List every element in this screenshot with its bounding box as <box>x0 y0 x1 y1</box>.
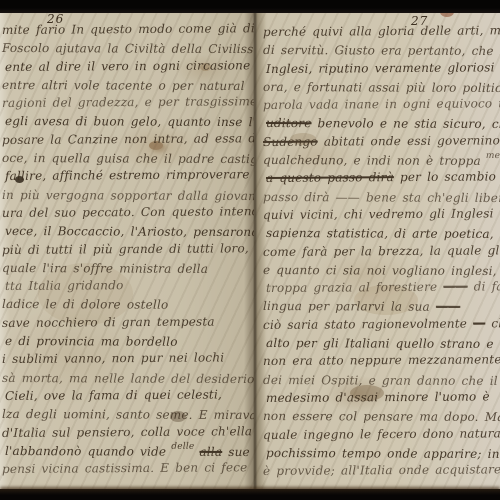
manuscript-line: troppa grazia al forestiere —— di far <box>266 278 500 298</box>
manuscript-scan: 26 mite fario In questo modo come già di… <box>0 0 500 500</box>
manuscript-line: ente al dire il vero in ogni circasione <box>5 56 254 76</box>
manuscript-page-left: 26 mite fario In questo modo come già di… <box>0 13 254 489</box>
manuscript-line: pensi vicina castissima. E ben ci fece <box>2 458 254 478</box>
manuscript-line: ura del suo peccato. Con questo intende <box>2 202 254 222</box>
manuscript-line: non era atto neppure mezzanamente <box>263 351 500 371</box>
manuscript-line: save nocchiero di gran tempesta <box>2 312 254 332</box>
page-right-text: perché quivi alla gloria delle arti, mdi… <box>254 13 500 480</box>
manuscript-line: Inglesi, riputino veramente gloriosi di … <box>266 58 500 78</box>
manuscript-line: d'Italia sul pensiero, colla voce ch'ell… <box>2 422 254 442</box>
manuscript-line: fallire, affinché estremo rimproverare <box>5 166 254 186</box>
manuscript-line: Cieli, ove la fama di quei celesti, <box>5 385 254 405</box>
scan-border-bottom <box>0 489 500 500</box>
page-number-left: 26 <box>47 13 64 26</box>
manuscript-line: quivi vicini, chi vedremo gli Inglesi pe… <box>263 204 500 224</box>
manuscript-line: tta Italia gridando <box>5 275 254 295</box>
page-number-right: 27 <box>411 14 428 28</box>
manuscript-line: i sublimi vanno, non pur nei lochi <box>2 349 254 369</box>
manuscript-line: Sudengo abitati onde essi governino la <box>263 131 500 151</box>
manuscript-line: più di tutti il più grande di tutti loro… <box>2 239 254 259</box>
manuscript-line: come farà per la brezza, la quale gli it… <box>263 241 500 261</box>
manuscript-line: a questo passo dirà per lo scambio di <box>266 168 500 188</box>
manuscript-line: medesimo d'assai minore l'uomo è <box>266 387 500 407</box>
manuscript-line: posare la Canzine non intra, ad essa die… <box>2 129 254 149</box>
page-left-text: mite fario In questo modo come già di lu… <box>0 13 254 478</box>
scan-border-top <box>0 0 500 13</box>
manuscript-line: parola vada inane in ogni equivoco ten <box>263 95 500 115</box>
manuscript-line: è provvide; all'Italia onde acquistare <box>263 460 500 480</box>
manuscript-page-right: 27 perché quivi alla gloria delle arti, … <box>254 13 500 489</box>
manuscript-line: ciò saria stato ragionevolmente — che <box>263 314 500 334</box>
manuscript-line: mite fario In questo modo come già di lu… <box>2 19 254 39</box>
manuscript-line: quale ingegno le fecero dono natura: Ed … <box>263 424 500 444</box>
manuscript-line: perché quivi alla gloria delle arti, m <box>263 21 500 41</box>
manuscript-line: ragioni del gradezza, e per trasgissime <box>2 92 254 112</box>
